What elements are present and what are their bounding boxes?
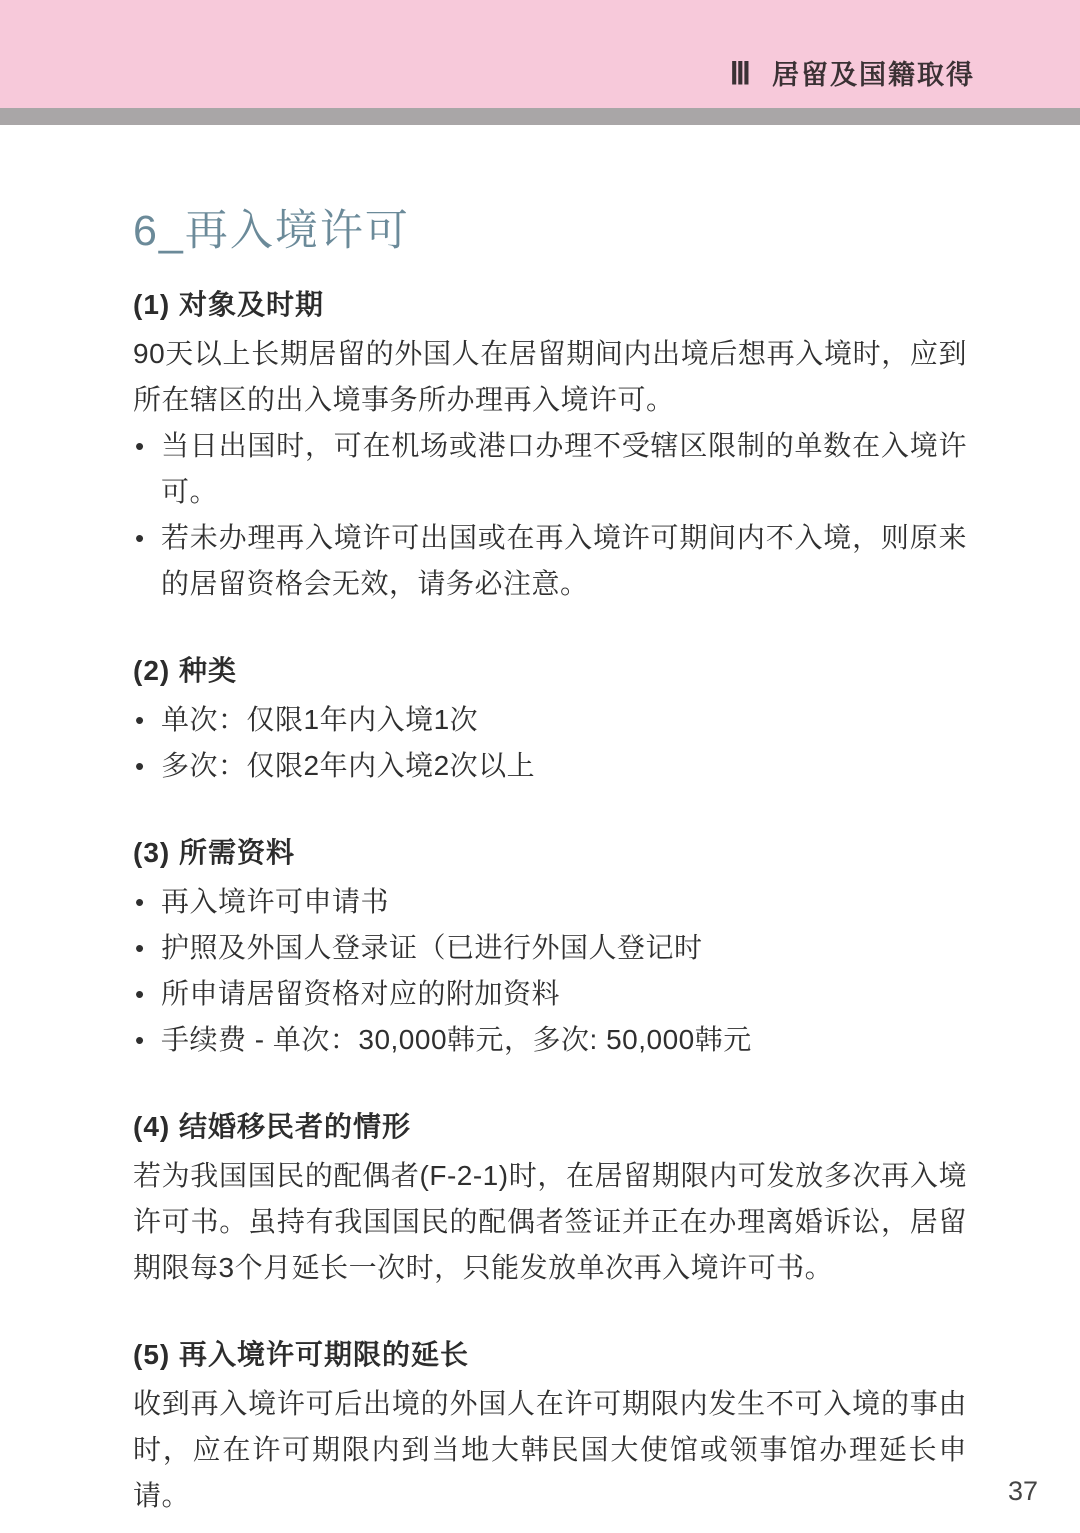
section-paragraph: 若为我国国民的配偶者(F-2-1)时，在居留期限内可发放多次再入境许可书。虽持有…	[133, 1153, 967, 1291]
document-page: Ⅲ 居留及国籍取得 6_再入境许可 (1) 对象及时期 90天以上长期居留的外国…	[0, 0, 1080, 1533]
bullet-item: 手续费 - 单次：30,000韩元，多次: 50,000韩元	[133, 1017, 967, 1063]
chapter-header-banner: Ⅲ 居留及国籍取得	[0, 0, 1080, 108]
section-heading: (3) 所需资料	[133, 835, 967, 871]
section-paragraph: 收到再入境许可后出境的外国人在许可期限内发生不可入境的事由时，应在许可期限内到当…	[133, 1381, 967, 1519]
section-heading: (1) 对象及时期	[133, 287, 967, 323]
bullet-item: 若未办理再入境许可出国或在再入境许可期间内不入境，则原来的居留资格会无效，请务必…	[133, 515, 967, 607]
chapter-heading: Ⅲ 居留及国籍取得	[730, 53, 975, 92]
bullet-item: 所申请居留资格对应的附加资料	[133, 971, 967, 1017]
page-number: 37	[1008, 1476, 1038, 1507]
section-required-documents: (3) 所需资料 再入境许可申请书 护照及外国人登录证（已进行外国人登记时 所申…	[133, 835, 967, 1063]
chapter-number: Ⅲ	[730, 56, 752, 92]
bullet-list: 单次：仅限1年内入境1次 多次：仅限2年内入境2次以上	[133, 697, 967, 789]
chapter-title: 居留及国籍取得	[772, 53, 975, 92]
section-paragraph: 90天以上长期居留的外国人在居留期间内出境后想再入境时，应到所在辖区的出入境事务…	[133, 331, 967, 423]
bullet-item: 再入境许可申请书	[133, 879, 967, 925]
bullet-item: 护照及外国人登录证（已进行外国人登记时	[133, 925, 967, 971]
section-permit-period-extension: (5) 再入境许可期限的延长 收到再入境许可后出境的外国人在许可期限内发生不可入…	[133, 1337, 967, 1519]
section-types: (2) 种类 单次：仅限1年内入境1次 多次：仅限2年内入境2次以上	[133, 653, 967, 789]
section-heading: (4) 结婚移民者的情形	[133, 1109, 967, 1145]
bullet-list: 当日出国时，可在机场或港口办理不受辖区限制的单数在入境许可。 若未办理再入境许可…	[133, 423, 967, 607]
bullet-list: 再入境许可申请书 护照及外国人登录证（已进行外国人登记时 所申请居留资格对应的附…	[133, 879, 967, 1063]
bullet-item: 当日出国时，可在机场或港口办理不受辖区限制的单数在入境许可。	[133, 423, 967, 515]
section-marriage-immigrant-case: (4) 结婚移民者的情形 若为我国国民的配偶者(F-2-1)时，在居留期限内可发…	[133, 1109, 967, 1291]
header-divider-bar	[0, 108, 1080, 125]
section-target-and-period: (1) 对象及时期 90天以上长期居留的外国人在居留期间内出境后想再入境时，应到…	[133, 287, 967, 607]
section-heading: (5) 再入境许可期限的延长	[133, 1337, 967, 1373]
bullet-item: 单次：仅限1年内入境1次	[133, 697, 967, 743]
section-heading: (2) 种类	[133, 653, 967, 689]
bullet-item: 多次：仅限2年内入境2次以上	[133, 743, 967, 789]
page-content: 6_再入境许可 (1) 对象及时期 90天以上长期居留的外国人在居留期间内出境后…	[0, 205, 1080, 1519]
page-title: 6_再入境许可	[133, 205, 967, 257]
